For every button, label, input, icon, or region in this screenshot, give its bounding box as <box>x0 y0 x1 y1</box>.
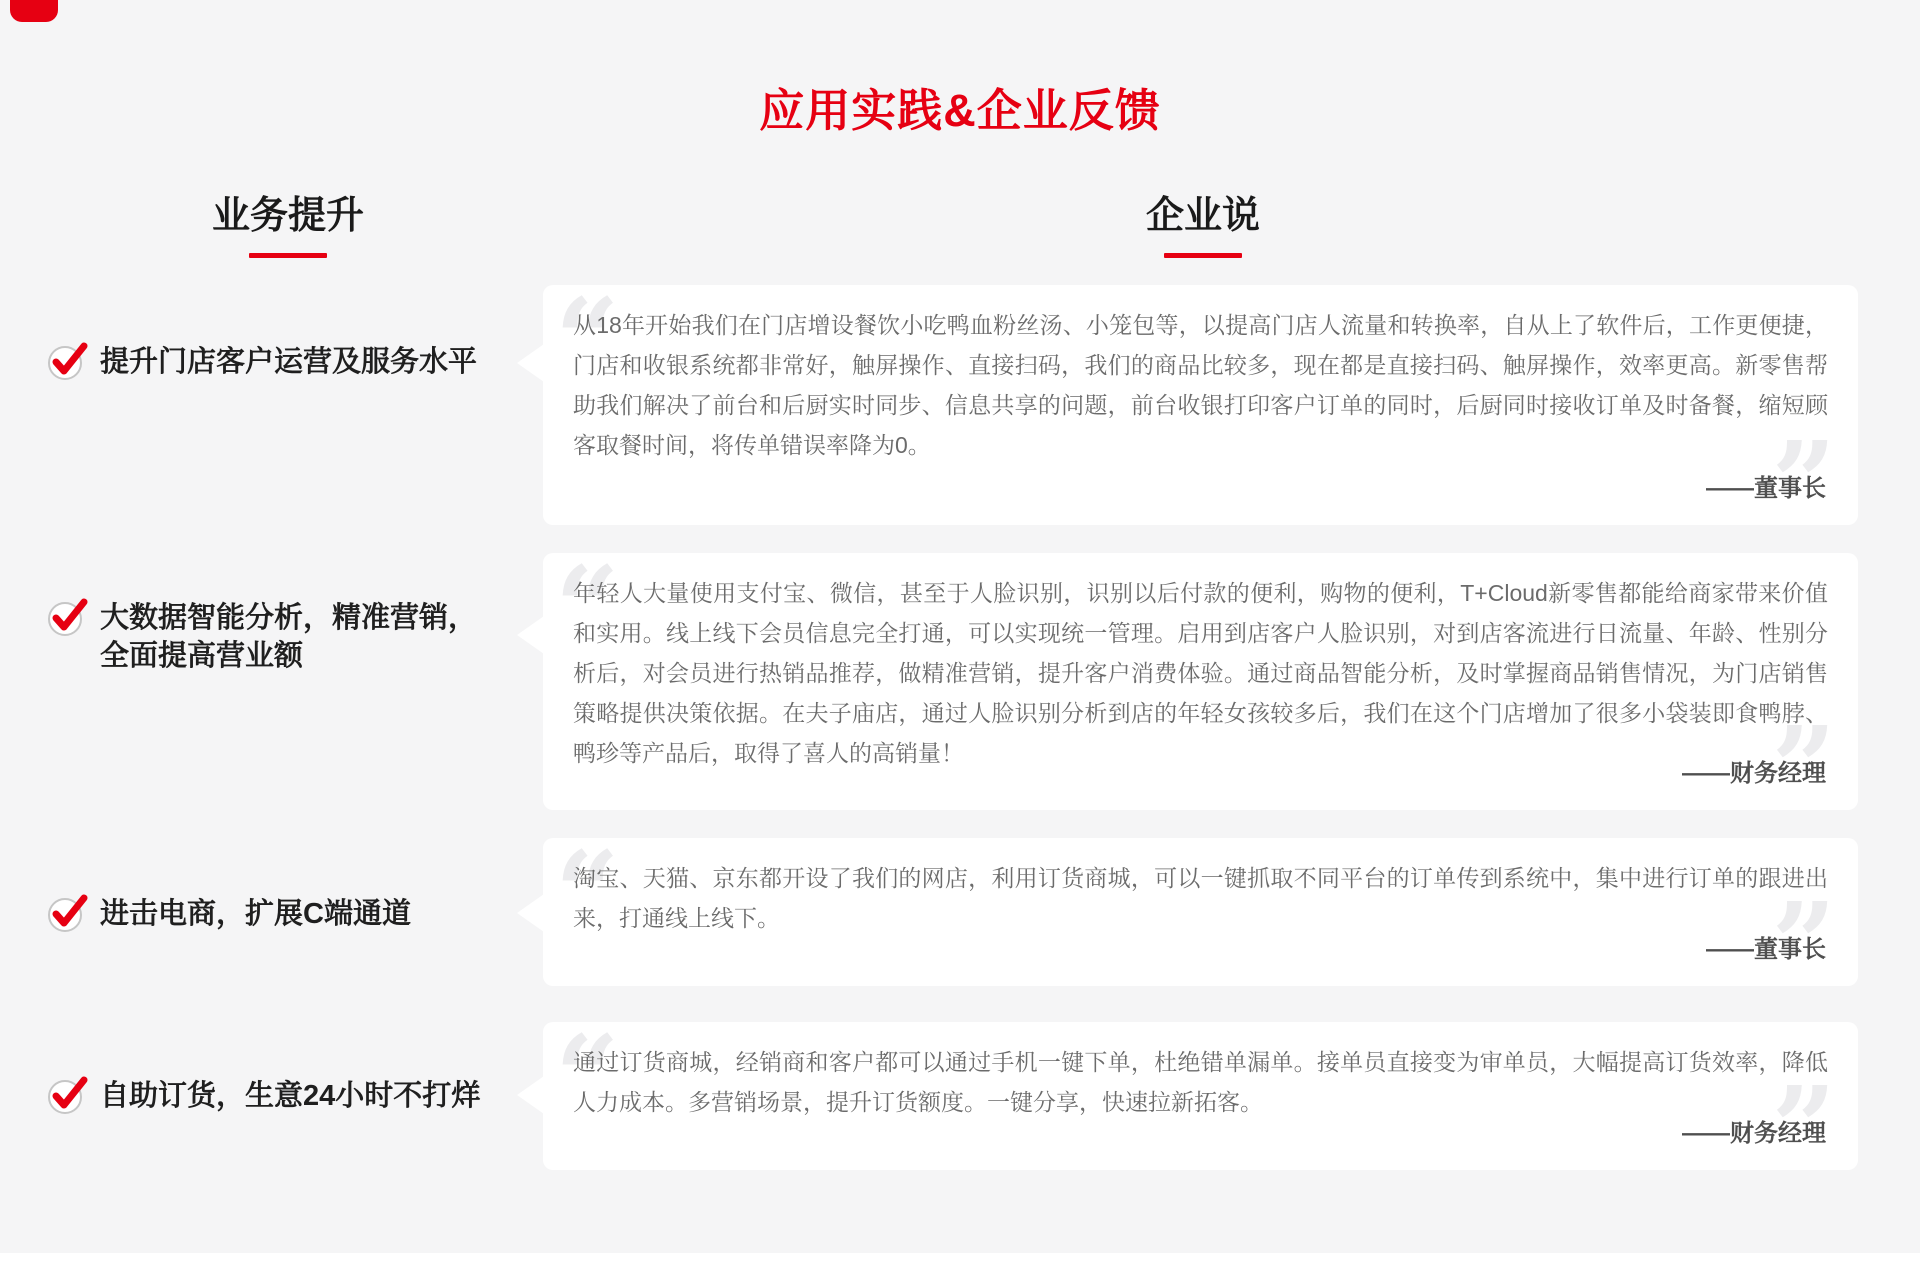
red-underline <box>1164 253 1242 258</box>
testimonial-text: 淘宝、天猫、京东都开设了我们的网店，利用订货商城，可以一键抓取不同平台的订单传到… <box>543 838 1858 938</box>
testimonial-text: 通过订货商城，经销商和客户都可以通过手机一键下单，杜绝错单漏单。接单员直接变为审… <box>543 1022 1858 1122</box>
testimonial-card: “ ” 从18年开始我们在门店增设餐饮小吃鸭血粉丝汤、小笼包等，以提高门店人流量… <box>543 285 1858 525</box>
decorative-red-shape <box>10 0 58 22</box>
check-circle-icon <box>46 893 90 938</box>
benefit-item-label: 自助订货，生意24小时不打烊 <box>100 1077 480 1115</box>
red-underline <box>249 253 327 258</box>
testimonial-attribution: ——董事长 <box>1706 929 1826 964</box>
testimonial-text: 从18年开始我们在门店增设餐饮小吃鸭血粉丝汤、小笼包等，以提高门店人流量和转换率… <box>543 285 1858 465</box>
page: 应用实践&企业反馈 业务提升 企业说 提升门店客户运营及服务水平 大数据智能分析… <box>0 0 1920 1267</box>
check-circle-icon <box>46 597 90 642</box>
testimonial-attribution: ——财务经理 <box>1682 1113 1826 1148</box>
benefit-item-label: 大数据智能分析，精准营销， 全面提高营业额 <box>100 599 477 675</box>
benefit-item-label: 提升门店客户运营及服务水平 <box>100 343 477 381</box>
check-circle-icon <box>46 341 90 386</box>
card-arrow-left-icon <box>517 344 544 382</box>
testimonial-card: “ ” 年轻人大量使用支付宝、微信，甚至于人脸识别，识别以后付款的便利，购物的便… <box>543 553 1858 810</box>
card-arrow-left-icon <box>517 616 544 654</box>
card-arrow-left-icon <box>517 1076 544 1114</box>
left-column-title: 业务提升 <box>210 195 366 237</box>
benefit-item: 进击电商，扩展C端通道 <box>46 895 516 938</box>
benefit-item-label: 进击电商，扩展C端通道 <box>100 895 411 933</box>
left-column-header: 业务提升 <box>210 195 366 258</box>
benefit-item: 自助订货，生意24小时不打烊 <box>46 1077 516 1120</box>
page-title: 应用实践&企业反馈 <box>0 74 1920 139</box>
right-column-title: 企业说 <box>1140 195 1266 237</box>
right-column-header: 企业说 <box>1140 195 1266 258</box>
next-section-edge <box>0 1253 1920 1267</box>
testimonial-text: 年轻人大量使用支付宝、微信，甚至于人脸识别，识别以后付款的便利，购物的便利，T+… <box>543 553 1858 773</box>
testimonial-card: “ ” 通过订货商城，经销商和客户都可以通过手机一键下单，杜绝错单漏单。接单员直… <box>543 1022 1858 1170</box>
card-arrow-left-icon <box>517 894 544 932</box>
testimonial-attribution: ——财务经理 <box>1682 753 1826 788</box>
benefit-item: 大数据智能分析，精准营销， 全面提高营业额 <box>46 599 516 675</box>
check-circle-icon <box>46 1075 90 1120</box>
benefit-item: 提升门店客户运营及服务水平 <box>46 343 516 386</box>
testimonial-attribution: ——董事长 <box>1706 468 1826 503</box>
testimonial-card: “ ” 淘宝、天猫、京东都开设了我们的网店，利用订货商城，可以一键抓取不同平台的… <box>543 838 1858 986</box>
